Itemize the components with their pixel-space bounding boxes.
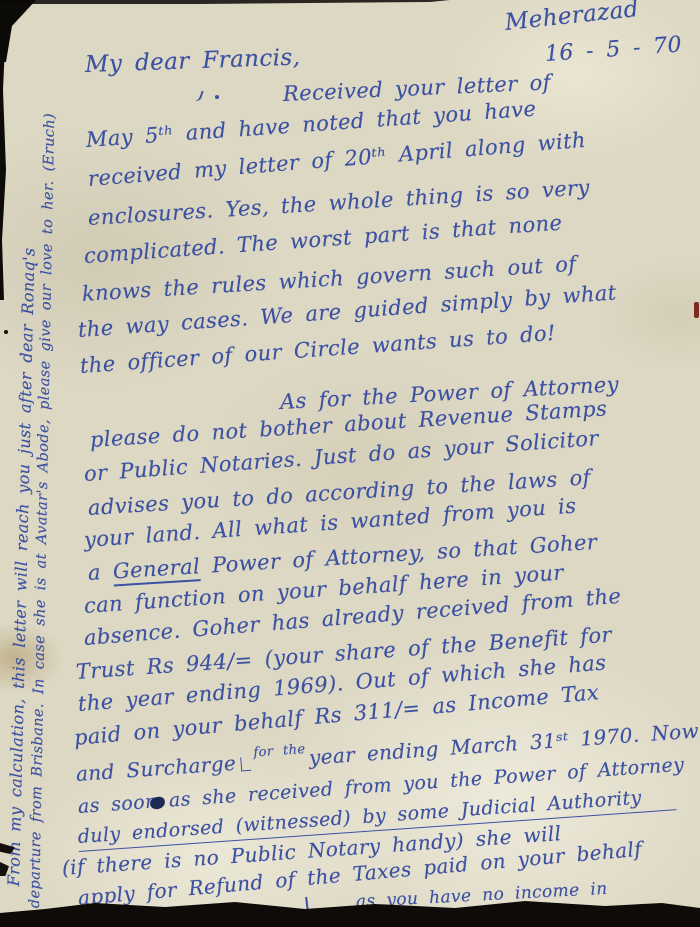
line-pre: a: [87, 559, 113, 584]
underlined-word: General: [112, 554, 201, 586]
edge-speck: [4, 330, 8, 334]
stray-ink-mark: [215, 95, 219, 99]
inserted-text: for the: [253, 742, 306, 761]
handwritten-letter-scan: Meherazad 16 - 5 - 70 My dear Francis, R…: [0, 0, 700, 927]
insertion-caret: [240, 757, 251, 772]
edge-mark: [694, 302, 699, 318]
